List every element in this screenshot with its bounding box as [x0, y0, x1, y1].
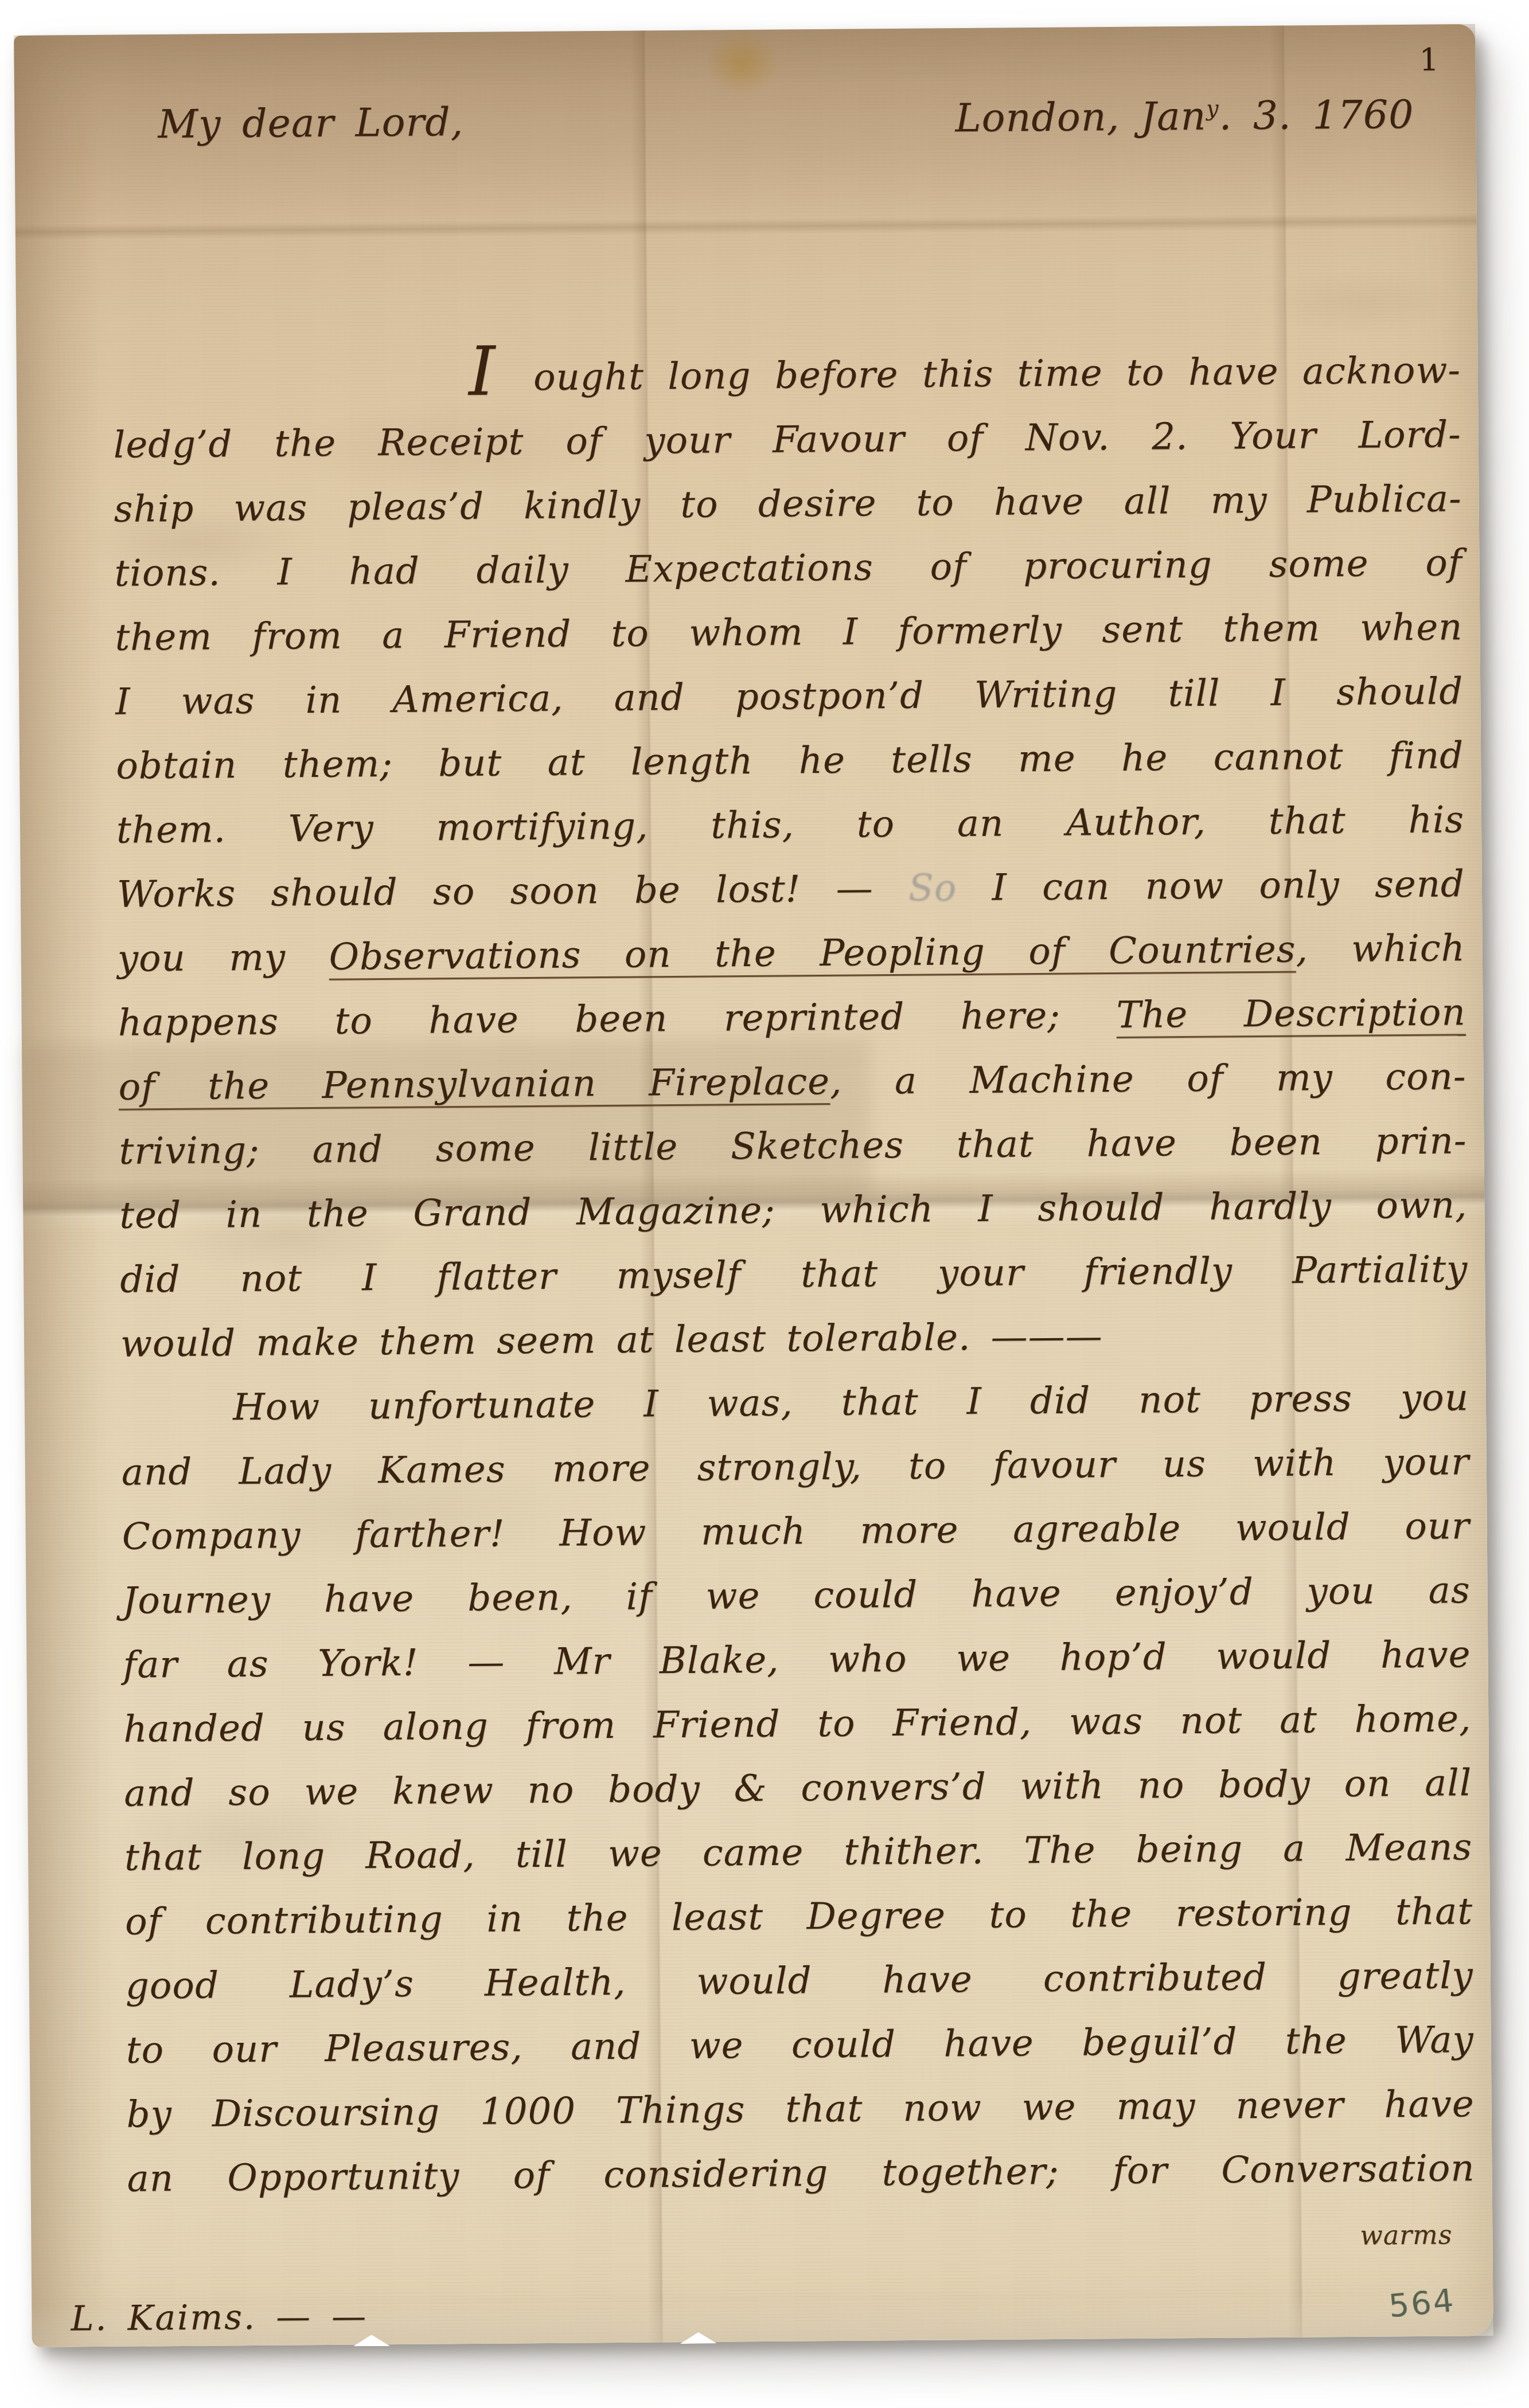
text-segment: y: [1206, 96, 1219, 121]
docket-inscription: L. Kaims. — —: [71, 2296, 368, 2339]
letter-line: of contributing in the least Degree to t…: [125, 1879, 1473, 1954]
letter-line: happens to have been reprinted here; The…: [118, 980, 1466, 1055]
letter-line: an Opportunity of considering together; …: [127, 2136, 1475, 2211]
letter-line: far as York! — Mr Blake, who we hop’d wo…: [123, 1623, 1471, 1697]
text-segment: tions. I had daily Expectations of procu…: [114, 542, 1462, 595]
text-segment: and Lady Kames more strongly, to favour …: [122, 1441, 1470, 1494]
letter-dateline: London, Jany. 3. 1760: [955, 92, 1414, 141]
text-segment: them from a Friend to whom I formerly se…: [115, 606, 1463, 659]
letter-line: ledg’d the Receipt of your Favour of Nov…: [113, 402, 1461, 477]
text-segment: of contributing in the least Degree to t…: [125, 1890, 1473, 1943]
text-segment: an Opportunity of considering together; …: [127, 2147, 1475, 2200]
letter-line: triving; and some little Sketches that h…: [119, 1109, 1467, 1183]
text-segment: far as York! — Mr Blake, who we hop’d wo…: [123, 1633, 1471, 1686]
letter-line: How unfortunate I was, that I did not pr…: [121, 1366, 1469, 1440]
text-segment: you my: [118, 936, 329, 980]
text-segment: them. Very mortifying, this, to an Autho…: [116, 799, 1465, 851]
archive-number: 564: [1387, 2282, 1457, 2325]
text-segment: that long Road, till we came thither. Th…: [124, 1826, 1473, 1879]
text-segment: ship was pleas’d kindly to desire to hav…: [114, 478, 1462, 530]
text-segment: How unfortunate I was, that I did not pr…: [233, 1377, 1469, 1429]
horizontal-crease-top: [15, 213, 1477, 240]
letter-line: and Lady Kames more strongly, to favour …: [121, 1430, 1469, 1504]
scan-background: 1 My dear Lord, London, Jany. 3. 1760 I …: [0, 0, 1529, 2408]
letter-line: I was in America, and postpon’d Writing …: [115, 659, 1464, 734]
text-segment: ought long before this time to have ackn…: [509, 349, 1461, 399]
text-segment: , a Machine of my con-: [830, 1056, 1466, 1103]
text-segment: and so we knew no body & convers’d with …: [124, 1762, 1472, 1815]
top-edge-stain: [693, 19, 791, 105]
underlined-phrase: of the Pennsylvanian Fireplace: [118, 1061, 830, 1109]
letter-line: ted in the Grand Magazine; which I shoul…: [119, 1173, 1468, 1248]
letter-line: of the Pennsylvanian Fireplace, a Machin…: [118, 1045, 1466, 1119]
letter-line: them from a Friend to whom I formerly se…: [115, 595, 1463, 670]
text-segment: Works should so soon be lost! —: [117, 867, 909, 916]
letter-line: you my Observations on the Peopling of C…: [117, 916, 1465, 991]
text-segment: handed us along from Friend to Friend, w…: [123, 1698, 1472, 1750]
letter-line: and so we knew no body & convers’d with …: [124, 1751, 1472, 1825]
underlined-phrase: Observations on the Peopling of Countrie…: [329, 929, 1296, 979]
text-segment: Company farther! How much more agreable …: [122, 1505, 1470, 1558]
letter-heading: My dear Lord, London, Jany. 3. 1760: [158, 92, 1414, 147]
letter-line: good Lady’s Health, would have contribut…: [125, 1944, 1473, 2018]
text-segment: obtain them; but at length he tells me h…: [116, 734, 1464, 787]
text-segment: London, Jan: [955, 94, 1207, 141]
text-segment: , which: [1296, 927, 1465, 971]
text-segment: ledg’d the Receipt of your Favour of Nov…: [114, 413, 1462, 466]
letter-salutation: My dear Lord,: [158, 100, 463, 147]
text-segment: I can now only send: [957, 863, 1465, 909]
letter-line: by Discoursing 1000 Things that now we m…: [126, 2072, 1475, 2147]
text-segment: I: [468, 331, 496, 411]
letter-line: them. Very mortifying, this, to an Autho…: [116, 788, 1465, 862]
letter-line: Journey have been, if we could have enjo…: [122, 1558, 1471, 1633]
letter-body: I ought long before this time to have ac…: [113, 338, 1475, 2211]
letter-line: Company farther! How much more agreable …: [122, 1494, 1470, 1569]
text-segment: did not I flatter myself that your frien…: [120, 1248, 1468, 1301]
bottom-edge-nick: [680, 2332, 717, 2344]
text-segment: would make them seem at least tolerable.…: [120, 1315, 1103, 1365]
underlined-phrase: The Description: [1116, 991, 1466, 1037]
letter-line: Works should so soon be lost! — So I can…: [117, 852, 1465, 927]
letter-line: obtain them; but at length he tells me h…: [116, 724, 1464, 798]
letter-page: 1 My dear Lord, London, Jany. 3. 1760 I …: [14, 24, 1493, 2347]
text-segment: triving; and some little Sketches that h…: [119, 1120, 1467, 1172]
left-edge-shading: [14, 35, 124, 2347]
text-segment: I was in America, and postpon’d Writing …: [115, 670, 1464, 723]
letter-line: that long Road, till we came thither. Th…: [124, 1815, 1473, 1890]
text-segment: . 3. 1760: [1219, 92, 1414, 139]
letter-line: tions. I had daily Expectations of procu…: [114, 531, 1462, 605]
page-number: 1: [1419, 42, 1439, 78]
letter-line: ship was pleas’d kindly to desire to hav…: [114, 467, 1462, 541]
text-segment: by Discoursing 1000 Things that now we m…: [126, 2083, 1475, 2136]
text-segment: happens to have been reprinted here;: [118, 994, 1116, 1045]
text-segment: So: [908, 867, 957, 910]
text-segment: ted in the Grand Magazine; which I shoul…: [119, 1184, 1468, 1237]
text-segment: Journey have been, if we could have enjo…: [122, 1569, 1471, 1622]
text-segment: good Lady’s Health, would have contribut…: [126, 1954, 1474, 2007]
letter-line: did not I flatter myself that your frien…: [120, 1237, 1468, 1312]
letter-line: handed us along from Friend to Friend, w…: [123, 1687, 1472, 1761]
catchword: warms: [1360, 2219, 1452, 2250]
text-segment: to our Pleasures, and we could have begu…: [126, 2019, 1475, 2071]
letter-line: I ought long before this time to have ac…: [113, 338, 1461, 413]
letter-line: would make them seem at least tolerable.…: [120, 1301, 1469, 1376]
letter-line: to our Pleasures, and we could have begu…: [126, 2008, 1474, 2082]
